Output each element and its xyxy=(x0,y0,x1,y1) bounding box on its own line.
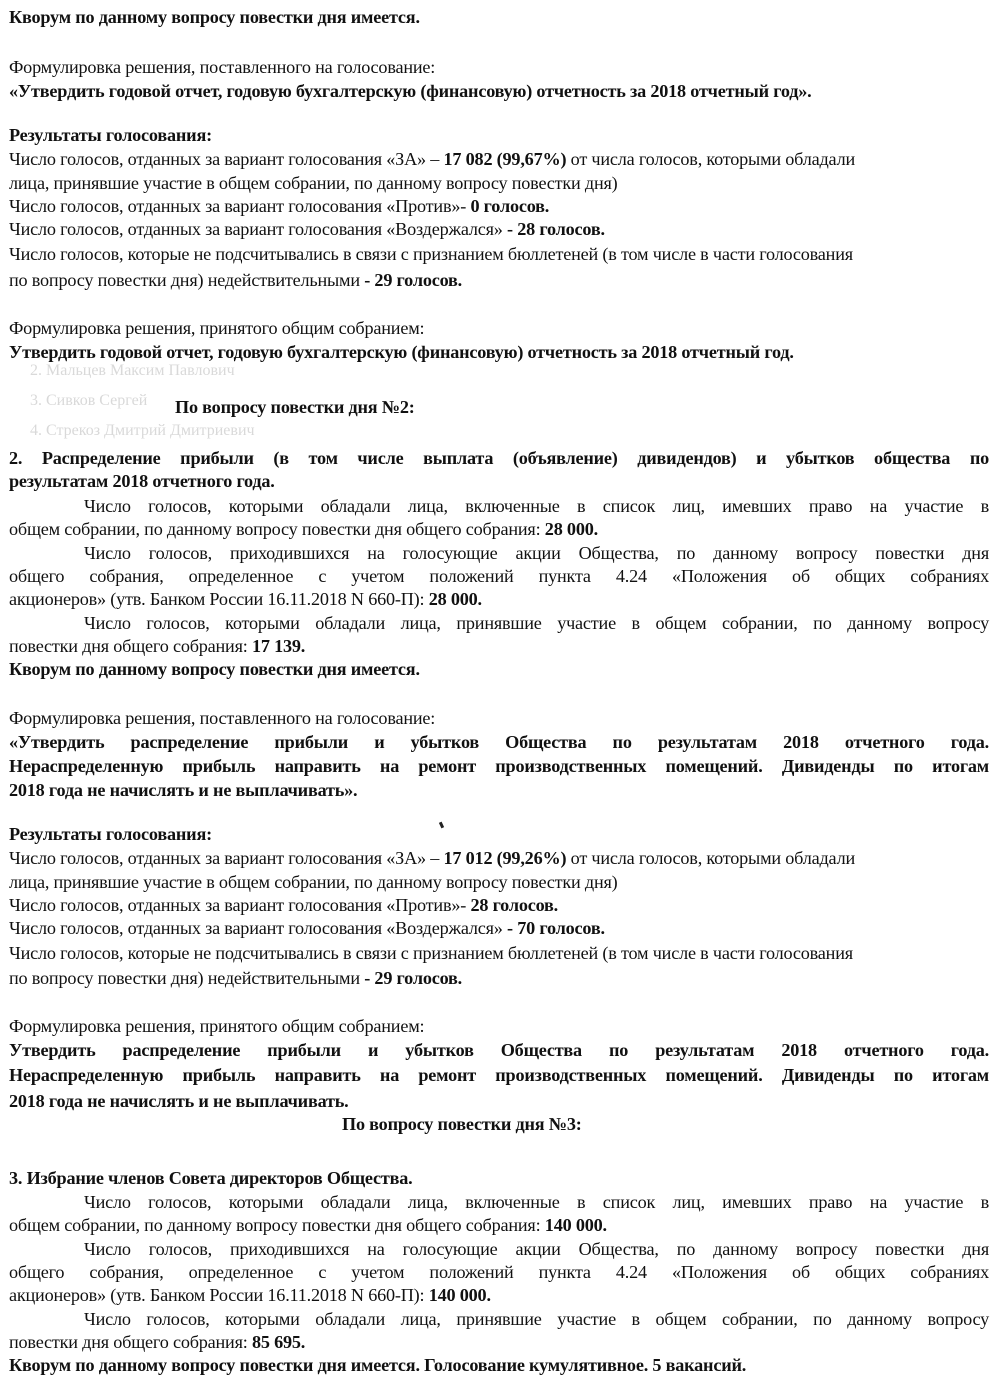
q1-abstain-value: - 28 голосов. xyxy=(507,219,605,239)
q2-decision-line3: 2018 года не начислять и не выплачивать. xyxy=(9,1089,989,1113)
q3-eligible-value: 140 000. xyxy=(545,1215,607,1235)
q3-shares-line2: общего собрания, определенное с учетом п… xyxy=(9,1260,989,1284)
q3-heading: По вопросу повестки дня №3: xyxy=(342,1112,582,1136)
q2-title-line2: результатам 2018 отчетного года. xyxy=(9,469,989,493)
q2-heading: По вопросу повестки дня №2: xyxy=(175,395,415,419)
q2-for-line: Число голосов, отданных за вариант голос… xyxy=(9,846,989,870)
q1-decision-label: Формулировка решения, принятого общим со… xyxy=(9,316,989,340)
q2-shares-line3: акционеров» (утв. Банком России 16.11.20… xyxy=(9,587,989,611)
q3-participated-line1: Число голосов, которыми обладали лица, п… xyxy=(9,1307,989,1331)
q2-proposal-line3: 2018 года не начислять и не выплачивать»… xyxy=(9,778,989,802)
q3-eligible-line2: общем собрании, по данному вопросу повес… xyxy=(9,1213,989,1237)
q2-title-line1: 2. Распределение прибыли (в том числе вы… xyxy=(9,446,989,470)
q3-quorum: Кворум по данному вопросу повестки дня и… xyxy=(9,1353,989,1377)
q2-abstain-value: - 70 голосов. xyxy=(507,918,605,938)
show-through-text: 3. Сивков Сергей xyxy=(30,392,147,410)
q1-decision-text: Утвердить годовой отчет, годовую бухгалт… xyxy=(9,340,989,364)
q2-invalid-line1: Число голосов, которые не подсчитывались… xyxy=(9,941,989,965)
q3-participated-value: 85 695. xyxy=(252,1332,305,1352)
q1-for-value: 17 082 (99,67%) xyxy=(444,149,567,169)
q3-title: 3. Избрание членов Совета директоров Общ… xyxy=(9,1166,989,1190)
q3-participated-line2: повестки дня общего собрания: 85 695. xyxy=(9,1330,989,1354)
q1-quorum: Кворум по данному вопросу повестки дня и… xyxy=(9,5,989,29)
show-through-text: 4. Стрекоз Дмитрий Дмитриевич xyxy=(30,422,255,440)
show-through-text: 2. Мальцев Максим Павлович xyxy=(30,362,235,380)
q2-eligible-value: 28 000. xyxy=(545,519,598,539)
q2-results-label: Результаты голосования: xyxy=(9,822,989,846)
q1-results-label: Результаты голосования: xyxy=(9,123,989,147)
q2-shares-value: 28 000. xyxy=(429,589,482,609)
q2-participated-value: 17 139. xyxy=(252,636,305,656)
q2-proposal-line1: «Утвердить распределение прибыли и убытк… xyxy=(9,730,989,754)
q2-decision-line1: Утвердить распределение прибыли и убытко… xyxy=(9,1038,989,1062)
q2-proposal-line2: Нераспределенную прибыль направить на ре… xyxy=(9,754,989,778)
q2-eligible-line2: общем собрании, по данному вопросу повес… xyxy=(9,517,989,541)
q1-against-value: 0 голосов. xyxy=(470,196,549,216)
q1-proposal-label: Формулировка решения, поставленного на г… xyxy=(9,55,989,79)
q2-decision-label: Формулировка решения, принятого общим со… xyxy=(9,1014,989,1038)
q1-against-line: Число голосов, отданных за вариант голос… xyxy=(9,194,989,218)
q2-eligible-line1: Число голосов, которыми обладали лица, в… xyxy=(9,494,989,518)
q2-invalid-value: - 29 голосов. xyxy=(364,968,462,988)
q3-shares-line1: Число голосов, приходившихся на голосующ… xyxy=(9,1237,989,1261)
q2-against-line: Число голосов, отданных за вариант голос… xyxy=(9,893,989,917)
q3-eligible-line1: Число голосов, которыми обладали лица, в… xyxy=(9,1190,989,1214)
q1-for-line: Число голосов, отданных за вариант голос… xyxy=(9,147,989,171)
q2-invalid-line2: по вопросу повестки дня) недействительны… xyxy=(9,966,989,990)
q2-shares-line1: Число голосов, приходившихся на голосующ… xyxy=(9,541,989,565)
q2-decision-line2: Нераспределенную прибыль направить на ре… xyxy=(9,1063,989,1087)
q2-participated-line1: Число голосов, которыми обладали лица, п… xyxy=(9,611,989,635)
q2-for-value: 17 012 (99,26%) xyxy=(444,848,567,868)
q3-shares-line3: акционеров» (утв. Банком России 16.11.20… xyxy=(9,1283,989,1307)
q1-for-line2: лица, принявшие участие в общем собрании… xyxy=(9,171,989,195)
q2-quorum: Кворум по данному вопросу повестки дня и… xyxy=(9,657,989,681)
q1-invalid-value: - 29 голосов. xyxy=(364,270,462,290)
q2-against-value: 28 голосов. xyxy=(470,895,558,915)
q2-for-line2: лица, принявшие участие в общем собрании… xyxy=(9,870,989,894)
q1-invalid-line2: по вопросу повестки дня) недействительны… xyxy=(9,268,989,292)
q1-proposal-text: «Утвердить годовой отчет, годовую бухгал… xyxy=(9,79,989,103)
q1-abstain-line: Число голосов, отданных за вариант голос… xyxy=(9,217,989,241)
q1-invalid-line1: Число голосов, которые не подсчитывались… xyxy=(9,242,989,266)
q2-abstain-line: Число голосов, отданных за вариант голос… xyxy=(9,916,989,940)
q3-shares-value: 140 000. xyxy=(429,1285,491,1305)
q2-participated-line2: повестки дня общего собрания: 17 139. xyxy=(9,634,989,658)
q2-shares-line2: общего собрания, определенное с учетом п… xyxy=(9,564,989,588)
q2-proposal-label: Формулировка решения, поставленного на г… xyxy=(9,706,989,730)
